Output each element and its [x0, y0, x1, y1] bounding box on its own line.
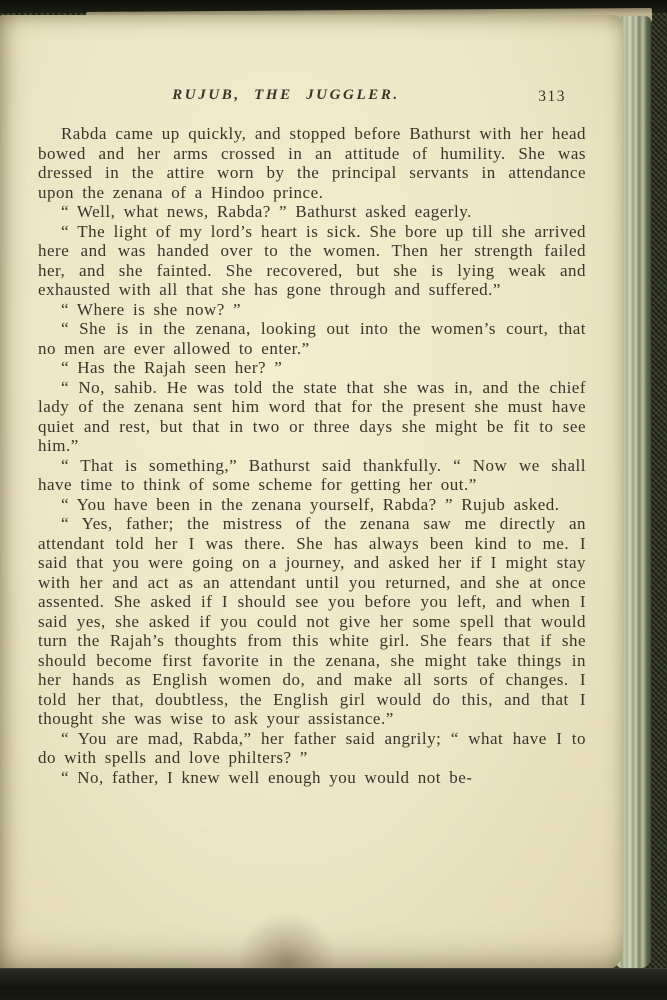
- book-scan: RUJUB, THE JUGGLER. 313 Rabda came up qu…: [0, 0, 667, 1000]
- paragraph: “ You are mad, Rabda,” her father said a…: [38, 729, 586, 768]
- paragraph: “ You have been in the zenana yourself, …: [38, 495, 586, 515]
- paragraph: “ The light of my lord’s heart is sick. …: [38, 222, 586, 300]
- page-number: 313: [538, 88, 566, 106]
- paragraph: “ That is something,” Bathurst said than…: [38, 456, 586, 495]
- paragraph: Rabda came up quickly, and stopped befor…: [38, 124, 586, 202]
- scan-bottom-edge: [0, 968, 667, 1000]
- paragraph: “ She is in the zenana, looking out into…: [38, 319, 586, 358]
- running-header: RUJUB, THE JUGGLER.: [12, 87, 560, 104]
- paragraph: “ No, father, I knew well enough you wou…: [38, 768, 586, 788]
- body-text: Rabda came up quickly, and stopped befor…: [38, 124, 586, 787]
- paragraph: “ Has the Rajah seen her? ”: [38, 358, 586, 378]
- page-header: RUJUB, THE JUGGLER. 313: [38, 87, 586, 109]
- paragraph: “ Yes, father; the mistress of the zenan…: [38, 514, 586, 729]
- paragraph: “ Well, what news, Rabda? ” Bathurst ask…: [38, 202, 586, 222]
- paragraph: “ Where is she now? ”: [38, 300, 586, 320]
- book-page: RUJUB, THE JUGGLER. 313 Rabda came up qu…: [0, 15, 623, 971]
- paragraph: “ No, sahib. He was told the state that …: [38, 378, 586, 456]
